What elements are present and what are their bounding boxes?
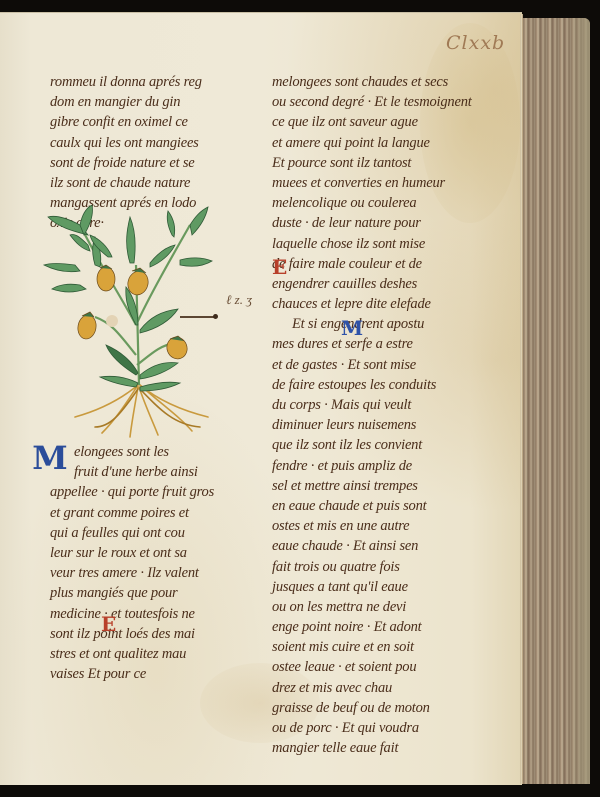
text-line: sel et mettre ainsi trempes [272, 476, 472, 496]
ink-stain [106, 315, 118, 327]
text-line: caulx qui les ont mangiees [50, 133, 202, 153]
text-line: Et si engendrent apostu [272, 314, 472, 334]
text-line: medicine · et toutesfois ne [50, 604, 214, 624]
plant-leaves [44, 205, 212, 391]
text-line: duste · de leur nature pour [272, 213, 472, 233]
manuscript-spread: Clxxb rommeu il donna aprés reg dom en m… [0, 0, 600, 797]
text-line: et amere qui point la langue [272, 133, 472, 153]
text-line: ostee leaue · et soient pou [272, 657, 472, 677]
marginal-annotation: ℓ z. ʒ [226, 292, 252, 308]
text-line: drez et mis avec chau [272, 678, 472, 698]
text-line: stres et ont qualitez mau [50, 644, 214, 664]
text-line: laquelle chose ilz sont mise [272, 234, 472, 254]
text-line: appellee · qui porte fruit gros [50, 482, 214, 502]
text-column-left-bottom: elongees sont les fruit d'une herbe ains… [62, 442, 214, 684]
text-column-right: melongees sont chaudes et secs ou second… [272, 72, 472, 758]
text-line: melencolique ou coulerea [272, 193, 472, 213]
text-line: elongees sont les [62, 442, 214, 462]
text-line: jusques a tant ​qu'il eaue [272, 577, 472, 597]
text-line: diminuer leurs nuisemens [272, 415, 472, 435]
rubric-initial-e: E [101, 614, 119, 634]
text-line: eaue chaude · Et ainsi sen [272, 536, 472, 556]
text-line: ou de porc · Et qui voudra [272, 718, 472, 738]
rubric-initial-e: E [272, 257, 290, 277]
text-line: de faire estoupes les conduits [272, 375, 472, 395]
text-line: que ilz sont ilz les convient [272, 435, 472, 455]
text-line: soient mis cuire et en soit [272, 637, 472, 657]
book-fore-edge-shade [572, 18, 590, 784]
text-line: vaises Et pour ce [50, 664, 214, 684]
text-line: engendrer cauilles deshes [272, 274, 472, 294]
text-line: enge point noire · Et adont [272, 617, 472, 637]
text-line: Et pource sont ilz tantost [272, 153, 472, 173]
text-line: et grant comme poires et [50, 503, 214, 523]
text-line: graisse de beuf ou de moton [272, 698, 472, 718]
text-line: en eaue chaude et puis sont [272, 496, 472, 516]
text-line: sont ilz point loés des mai [50, 624, 214, 644]
marginal-pointer-dot [213, 314, 218, 319]
blue-initial-m: M [341, 318, 357, 338]
text-line: mes dures et serfe a estre [272, 334, 472, 354]
text-line: et de gastes · Et sont mise [272, 355, 472, 375]
text-line: gibre confit en oximel ce [50, 112, 202, 132]
text-line: ilz sont de chaude nature [50, 173, 202, 193]
text-line: ostes et mis en une autre [272, 516, 472, 536]
text-line: muees et converties en humeur [272, 173, 472, 193]
text-line: veur tres amere · Ilz valent [50, 563, 214, 583]
plant-roots [75, 385, 208, 437]
text-line: du corps · Mais qui veult [272, 395, 472, 415]
marginal-pointer-line [180, 316, 216, 318]
text-line: de faire male couleur et de [272, 254, 472, 274]
text-line: rommeu il donna aprés reg [50, 72, 202, 92]
text-line: ou on les mettra ne devi [272, 597, 472, 617]
text-line: sont de froide nature et se [50, 153, 202, 173]
text-line: dom en mangier du gin [50, 92, 202, 112]
text-line: plus mangiés que pour [50, 583, 214, 603]
text-line: chauces et lepre dite elefade [272, 294, 472, 314]
text-line: fendre · et puis ampliz de [272, 456, 472, 476]
text-line: ce que ilz ont saveur ague [272, 112, 472, 132]
text-line: mangier telle eaue fait [272, 738, 472, 758]
text-line: ou second degré · Et le tesmoignent [272, 92, 472, 112]
text-line: fruit d'une herbe ainsi [62, 462, 214, 482]
text-line: melongees sont chaudes et secs [272, 72, 472, 92]
text-line: fait trois ou quatre fois [272, 557, 472, 577]
eggplant-illustration [40, 205, 240, 445]
text-line: qui a feulles qui ont cou [50, 523, 214, 543]
folio-number: Clxxb [446, 32, 505, 54]
text-line: leur sur le roux et ont sa [50, 543, 214, 563]
